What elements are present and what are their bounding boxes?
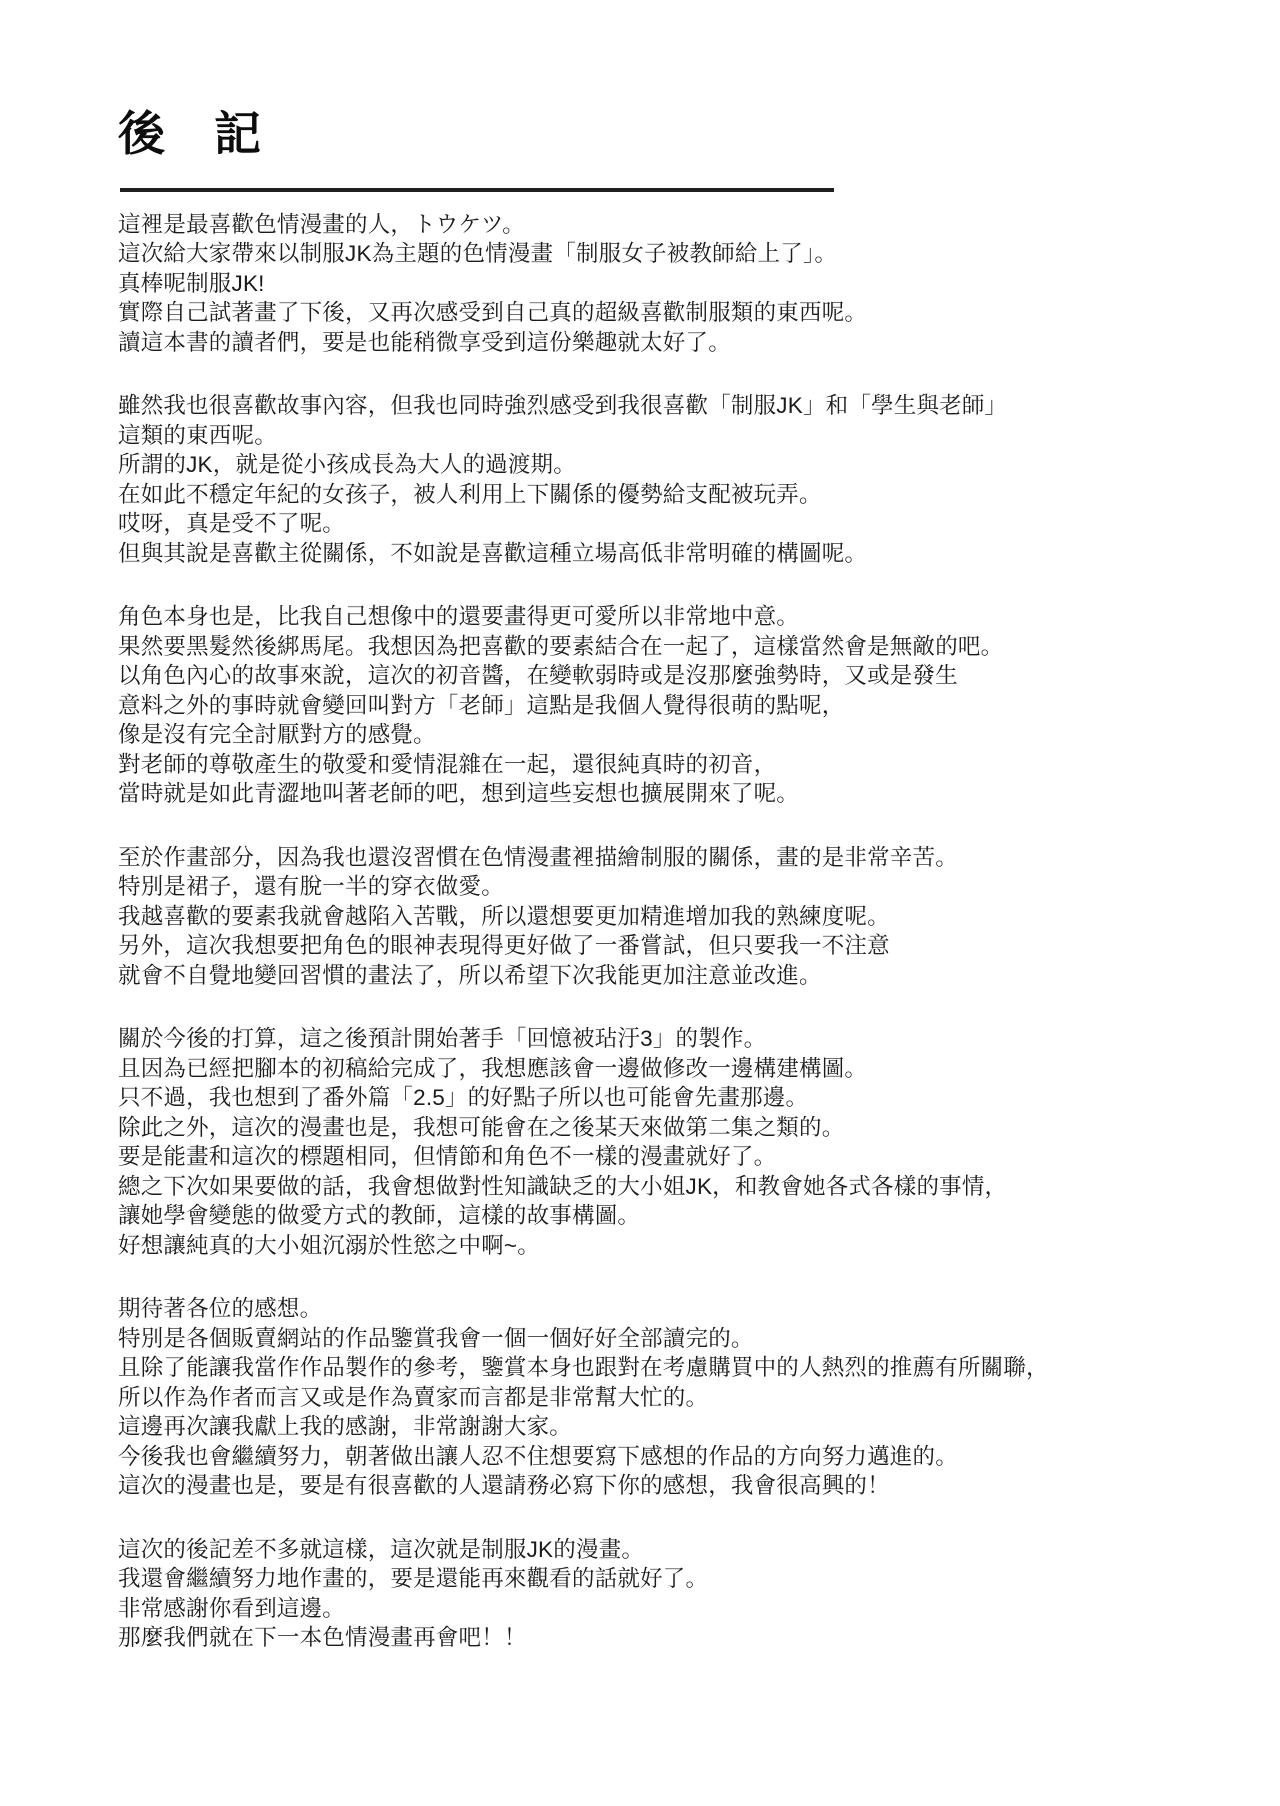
text-line: 以角色內心的故事來說，這次的初音醬，在變軟弱時或是沒那麼強勢時，又或是發生 bbox=[118, 661, 1160, 691]
text-line: 就會不自覺地變回習慣的畫法了，所以希望下次我能更加注意並改進。 bbox=[118, 961, 1160, 991]
afterword-body: 這裡是最喜歡色情漫畫的人，トウケツ。這次給大家帶來以制服JK為主題的色情漫畫「制… bbox=[118, 210, 1160, 1653]
text-line: 好想讓純真的大小姐沉溺於性慾之中啊~。 bbox=[118, 1231, 1160, 1261]
text-line: 但與其說是喜歡主從關係，不如說是喜歡這種立場高低非常明確的構圖呢。 bbox=[118, 539, 1160, 569]
paragraph: 關於今後的打算，這之後預計開始著手「回憶被玷汙3」的製作。且因為已經把腳本的初稿… bbox=[118, 1024, 1160, 1260]
text-line: 另外，這次我想要把角色的眼神表現得更好做了一番嘗試，但只要我一不注意 bbox=[118, 931, 1160, 961]
text-line: 這次的漫畫也是，要是有很喜歡的人還請務必寫下你的感想，我會很高興的！ bbox=[118, 1471, 1160, 1501]
paragraph: 這裡是最喜歡色情漫畫的人，トウケツ。這次給大家帶來以制服JK為主題的色情漫畫「制… bbox=[118, 210, 1160, 358]
text-line: 這次的後記差不多就這樣，這次就是制服JK的漫畫。 bbox=[118, 1535, 1160, 1565]
text-line: 除此之外，這次的漫畫也是，我想可能會在之後某天來做第二集之類的。 bbox=[118, 1113, 1160, 1143]
text-line: 讀這本書的讀者們，要是也能稍微享受到這份樂趣就太好了。 bbox=[118, 328, 1160, 358]
text-line: 今後我也會繼續努力，朝著做出讓人忍不住想要寫下感想的作品的方向努力邁進的。 bbox=[118, 1442, 1160, 1472]
text-line: 像是沒有完全討厭對方的感覺。 bbox=[118, 720, 1160, 750]
text-line: 非常感謝你看到這邊。 bbox=[118, 1594, 1160, 1624]
text-line: 這類的東西呢。 bbox=[118, 421, 1160, 451]
text-line: 讓她學會變態的做愛方式的教師，這樣的故事構圖。 bbox=[118, 1201, 1160, 1231]
text-line: 所以作為作者而言又或是作為賣家而言都是非常幫大忙的。 bbox=[118, 1383, 1160, 1413]
text-line: 所謂的JK，就是從小孩成長為大人的過渡期。 bbox=[118, 450, 1160, 480]
paragraph: 角色本身也是，比我自己想像中的還要畫得更可愛所以非常地中意。果然要黑髮然後綁馬尾… bbox=[118, 602, 1160, 809]
afterword-page: 後 記 這裡是最喜歡色情漫畫的人，トウケツ。這次給大家帶來以制服JK為主題的色情… bbox=[0, 0, 1280, 1806]
text-line: 我還會繼續努力地作畫的，要是還能再來觀看的話就好了。 bbox=[118, 1564, 1160, 1594]
paragraph: 期待著各位的感想。特別是各個販賣網站的作品鑒賞我會一個一個好好全部讀完的。且除了… bbox=[118, 1294, 1160, 1501]
title-underline bbox=[120, 188, 834, 192]
text-line: 這次給大家帶來以制服JK為主題的色情漫畫「制服女子被教師給上了」。 bbox=[118, 239, 1160, 269]
text-line: 當時就是如此青澀地叫著老師的吧，想到這些妄想也擴展開來了呢。 bbox=[118, 779, 1160, 809]
text-line: 期待著各位的感想。 bbox=[118, 1294, 1160, 1324]
text-line: 真棒呢制服JK! bbox=[118, 269, 1160, 299]
text-line: 在如此不穩定年紀的女孩子，被人利用上下關係的優勢給支配被玩弄。 bbox=[118, 480, 1160, 510]
text-line: 總之下次如果要做的話，我會想做對性知識缺乏的大小姐JK，和教會她各式各樣的事情， bbox=[118, 1172, 1160, 1202]
paragraph: 雖然我也很喜歡故事內容，但我也同時強烈感受到我很喜歡「制服JK」和「學生與老師」… bbox=[118, 391, 1160, 568]
text-line: 實際自己試著畫了下後，又再次感受到自己真的超級喜歡制服類的東西呢。 bbox=[118, 298, 1160, 328]
text-line: 我越喜歡的要素我就會越陷入苦戰，所以還想要更加精進增加我的熟練度呢。 bbox=[118, 902, 1160, 932]
text-line: 果然要黑髮然後綁馬尾。我想因為把喜歡的要素結合在一起了，這樣當然會是無敵的吧。 bbox=[118, 632, 1160, 662]
text-line: 雖然我也很喜歡故事內容，但我也同時強烈感受到我很喜歡「制服JK」和「學生與老師」 bbox=[118, 391, 1160, 421]
text-line: 角色本身也是，比我自己想像中的還要畫得更可愛所以非常地中意。 bbox=[118, 602, 1160, 632]
page-title: 後 記 bbox=[118, 108, 1160, 160]
text-line: 意料之外的事時就會變回叫對方「老師」這點是我個人覺得很萌的點呢， bbox=[118, 691, 1160, 721]
paragraph: 至於作畫部分，因為我也還沒習慣在色情漫畫裡描繪制服的關係，畫的是非常辛苦。特別是… bbox=[118, 843, 1160, 991]
text-line: 且除了能讓我當作作品製作的參考，鑒賞本身也跟對在考慮購買中的人熱烈的推薦有所關聯… bbox=[118, 1353, 1160, 1383]
text-line: 關於今後的打算，這之後預計開始著手「回憶被玷汙3」的製作。 bbox=[118, 1024, 1160, 1054]
text-line: 特別是各個販賣網站的作品鑒賞我會一個一個好好全部讀完的。 bbox=[118, 1324, 1160, 1354]
text-line: 特別是裙子，還有脫一半的穿衣做愛。 bbox=[118, 872, 1160, 902]
paragraph: 這次的後記差不多就這樣，這次就是制服JK的漫畫。我還會繼續努力地作畫的，要是還能… bbox=[118, 1535, 1160, 1653]
text-line: 至於作畫部分，因為我也還沒習慣在色情漫畫裡描繪制服的關係，畫的是非常辛苦。 bbox=[118, 843, 1160, 873]
text-line: 這裡是最喜歡色情漫畫的人，トウケツ。 bbox=[118, 210, 1160, 240]
text-line: 只不過，我也想到了番外篇「2.5」的好點子所以也可能會先畫那邊。 bbox=[118, 1083, 1160, 1113]
text-line: 哎呀，真是受不了呢。 bbox=[118, 509, 1160, 539]
text-line: 對老師的尊敬產生的敬愛和愛情混雜在一起，還很純真時的初音， bbox=[118, 750, 1160, 780]
text-line: 那麼我們就在下一本色情漫畫再會吧！！ bbox=[118, 1623, 1160, 1653]
text-line: 且因為已經把腳本的初稿給完成了，我想應該會一邊做修改一邊構建構圖。 bbox=[118, 1054, 1160, 1084]
text-line: 這邊再次讓我獻上我的感謝，非常謝謝大家。 bbox=[118, 1412, 1160, 1442]
text-line: 要是能畫和這次的標題相同，但情節和角色不一樣的漫畫就好了。 bbox=[118, 1142, 1160, 1172]
